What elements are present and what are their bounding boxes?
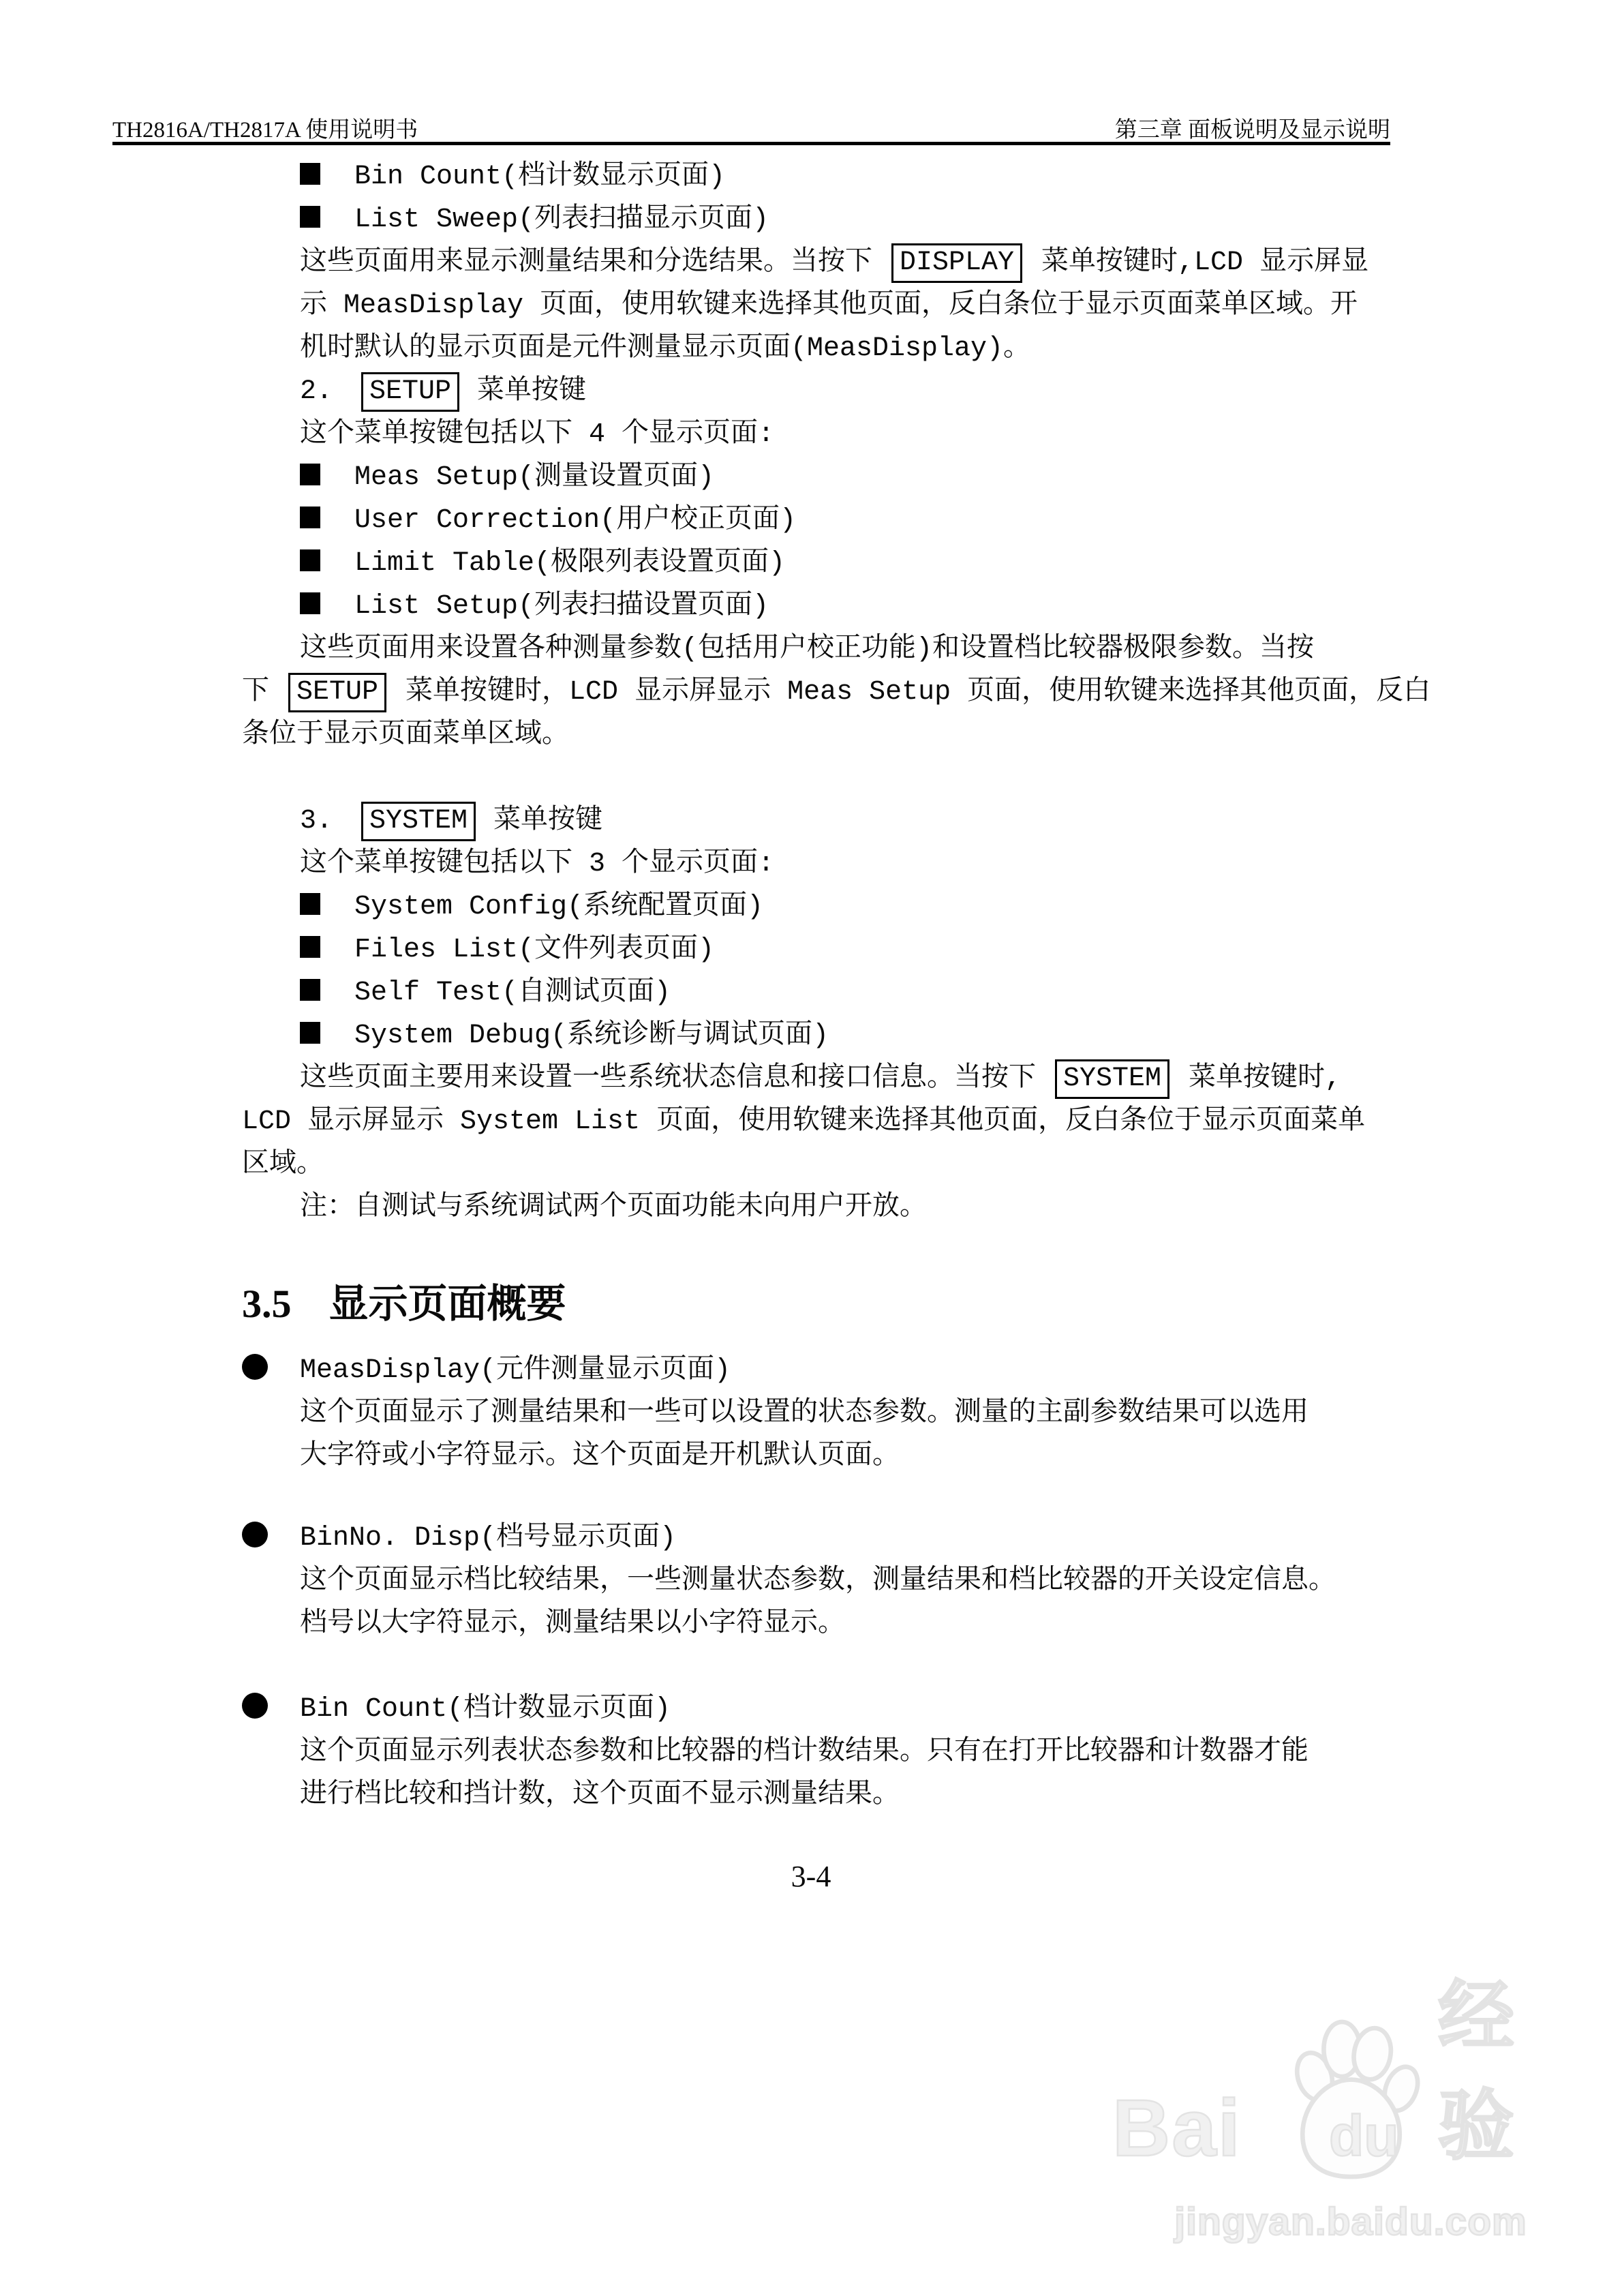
overview-entry-label: BinNo. Disp(档号显示页面): [0, 1517, 1622, 1560]
numbered-item-setup: 2.SETUP菜单按键: [0, 370, 1622, 413]
list-item-label: Bin Count(档计数显示页面): [354, 162, 725, 192]
paragraph-text: 菜单按键时,LCD 显示屏显: [1025, 247, 1368, 278]
paragraph-text: 下: [242, 677, 286, 708]
paragraph-line: 这些页面用来显示测量结果和分选结果。当按下 DISPLAY 菜单按键时,LCD …: [0, 241, 1622, 284]
paragraph-line: 这个菜单按键包括以下 3 个显示页面:: [0, 843, 1622, 886]
paragraph-line: 这个页面显示档比较结果，一些测量状态参数，测量结果和档比较器的开关设定信息。: [0, 1560, 1622, 1603]
overview-entry-label: MeasDisplay(元件测量显示页面): [0, 1349, 1622, 1392]
watermark-brand-latin-2: du: [1329, 2103, 1399, 2169]
list-item: Limit Table(极限列表设置页面): [0, 542, 1622, 585]
square-bullet-icon: [300, 1022, 320, 1044]
setup-key-box: SETUP: [361, 372, 459, 412]
square-bullet-icon: [300, 549, 320, 571]
list-item: List Sweep(列表扫描显示页面): [0, 198, 1622, 241]
paragraph-line: 这些页面主要用来设置一些系统状态信息和接口信息。当按下 SYSTEM 菜单按键时…: [0, 1057, 1622, 1100]
square-bullet-icon: [300, 507, 320, 528]
list-item: Bin Count(档计数显示页面): [0, 155, 1622, 198]
entry-label: BinNo. Disp(档号显示页面): [300, 1523, 676, 1554]
square-bullet-icon: [300, 936, 320, 958]
paragraph-line: 档号以大字符显示，测量结果以小字符显示。: [0, 1603, 1622, 1646]
list-item-label: List Setup(列表扫描设置页面): [354, 591, 769, 622]
paragraph-line: 这个页面显示了测量结果和一些可以设置的状态参数。测量的主副参数结果可以选用: [0, 1392, 1622, 1435]
header-doc-title: TH2816A/TH2817A 使用说明书: [112, 112, 418, 144]
list-item-label: System Debug(系统诊断与调试页面): [354, 1021, 829, 1051]
square-bullet-icon: [300, 206, 320, 228]
page-body: Bin Count(档计数显示页面) List Sweep(列表扫描显示页面) …: [0, 155, 1622, 1898]
page-number: 3-4: [0, 1855, 1622, 1898]
system-key-box: SYSTEM: [1055, 1059, 1169, 1099]
square-bullet-icon: [300, 163, 320, 185]
item-number: 2.: [300, 370, 334, 413]
list-item: List Setup(列表扫描设置页面): [0, 585, 1622, 628]
header-rule: [112, 142, 1390, 145]
list-item: System Config(系统配置页面): [0, 886, 1622, 928]
circle-bullet-icon: [242, 1522, 268, 1547]
circle-bullet-icon: [242, 1354, 268, 1380]
list-item-label: List Sweep(列表扫描显示页面): [354, 205, 769, 235]
document-page: TH2816A/TH2817A 使用说明书 第三章 面板说明及显示说明 Bin …: [0, 0, 1622, 2296]
list-item: Files List(文件列表页面): [0, 928, 1622, 971]
paragraph-line: 进行档比较和挡计数，这个页面不显示测量结果。: [0, 1774, 1622, 1817]
list-item-label: System Config(系统配置页面): [354, 892, 763, 922]
paragraph-line: 下 SETUP 菜单按键时，LCD 显示屏显示 Meas Setup 页面，使用…: [0, 671, 1622, 714]
square-bullet-icon: [300, 893, 320, 915]
system-key-box: SYSTEM: [361, 802, 476, 841]
list-item: User Correction(用户校正页面): [0, 499, 1622, 542]
entry-label: Bin Count(档计数显示页面): [300, 1694, 671, 1725]
note-line: 注：自测试与系统调试两个页面功能未向用户开放。: [0, 1186, 1622, 1229]
paragraph-line: 条位于显示页面菜单区域。: [0, 714, 1622, 757]
paragraph-line: 大字符或小字符显示。这个页面是开机默认页面。: [0, 1435, 1622, 1478]
section-number: 3.5: [242, 1282, 292, 1326]
square-bullet-icon: [300, 979, 320, 1001]
display-key-box: DISPLAY: [891, 243, 1022, 283]
list-item-label: Files List(文件列表页面): [354, 935, 714, 965]
paragraph-line: 区域。: [0, 1143, 1622, 1186]
paragraph-text: 菜单按键时,: [1172, 1063, 1341, 1094]
paragraph-line: 机时默认的显示页面是元件测量显示页面(MeasDisplay)。: [0, 327, 1622, 370]
numbered-item-system: 3.SYSTEM菜单按键: [0, 800, 1622, 843]
header-chapter-title: 第三章 面板说明及显示说明: [1115, 112, 1390, 144]
setup-key-box: SETUP: [288, 673, 386, 712]
list-item-label: User Correction(用户校正页面): [354, 505, 796, 536]
paragraph-text: 这些页面主要用来设置一些系统状态信息和接口信息。当按下: [300, 1063, 1052, 1094]
paragraph-line: 这个菜单按键包括以下 4 个显示页面:: [0, 413, 1622, 456]
list-item-label: Self Test(自测试页面): [354, 978, 671, 1008]
overview-entry-label: Bin Count(档计数显示页面): [0, 1688, 1622, 1731]
item-title: 菜单按键: [493, 806, 602, 836]
list-item: Self Test(自测试页面): [0, 971, 1622, 1014]
watermark-brand-cn: 经验: [1438, 1955, 1589, 2175]
paragraph-line: 这些页面用来设置各种测量参数(包括用户校正功能)和设置档比较器极限参数。当按: [0, 628, 1622, 671]
item-title: 菜单按键: [477, 376, 586, 407]
section-title: 显示页面概要: [329, 1282, 566, 1326]
circle-bullet-icon: [242, 1693, 268, 1719]
paragraph-line: 这个页面显示列表状态参数和比较器的档计数结果。只有在打开比较器和计数器才能: [0, 1731, 1622, 1774]
list-item: Meas Setup(测量设置页面): [0, 456, 1622, 499]
paragraph-line: 示 MeasDisplay 页面，使用软键来选择其他页面，反白条位于显示页面菜单…: [0, 284, 1622, 327]
list-item-label: Meas Setup(测量设置页面): [354, 462, 714, 493]
square-bullet-icon: [300, 592, 320, 614]
watermark-url: jingyan.baidu.com: [1112, 2199, 1589, 2244]
watermark-brand-latin: Bai: [1112, 2082, 1242, 2175]
baidu-paw-icon: [1274, 2016, 1428, 2183]
item-number: 3.: [300, 800, 334, 843]
paragraph-text: 这些页面用来显示测量结果和分选结果。当按下: [300, 247, 889, 278]
paragraph-text: 菜单按键时，LCD 显示屏显示 Meas Setup 页面，使用软键来选择其他页…: [389, 677, 1430, 708]
entry-label: MeasDisplay(元件测量显示页面): [300, 1355, 731, 1386]
square-bullet-icon: [300, 464, 320, 485]
list-item: System Debug(系统诊断与调试页面): [0, 1014, 1622, 1057]
paragraph-line: LCD 显示屏显示 System List 页面，使用软键来选择其他页面，反白条…: [0, 1100, 1622, 1143]
watermark: Bai du 经验 jingyan.baidu.com: [1112, 2038, 1589, 2263]
list-item-label: Limit Table(极限列表设置页面): [354, 548, 785, 579]
section-heading: 3.5显示页面概要: [0, 1271, 1622, 1337]
